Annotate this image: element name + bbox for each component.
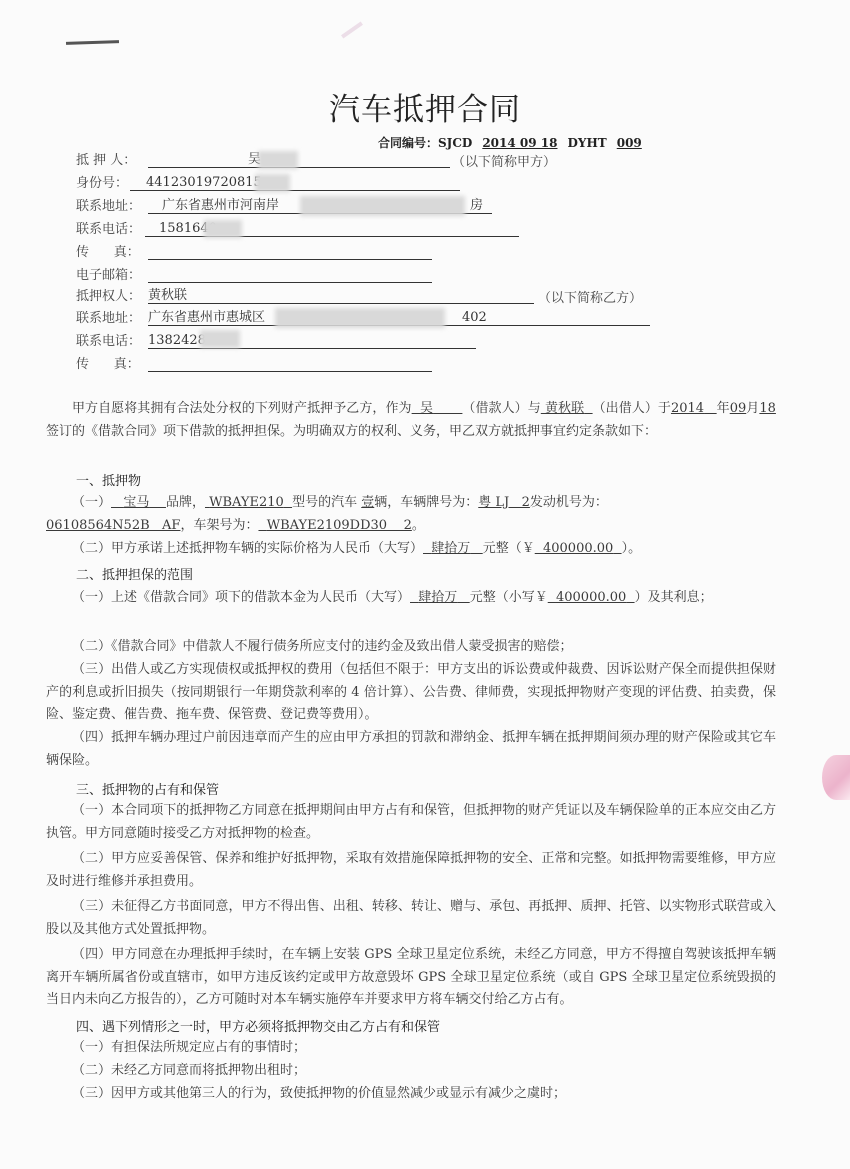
section-4-item-2: （二）未经乙方同意而将抵押物出租时；: [46, 1060, 776, 1083]
party-a-phone-field[interactable]: 1581640: [145, 222, 519, 237]
id-value: 44123019720815: [146, 175, 262, 190]
section-1-heading: 一、抵押物: [76, 470, 141, 489]
text: （二）甲方承诺上述抵押物车辆的实际价格为人民币（大写）: [72, 541, 423, 556]
contract-number-label: 合同编号：: [378, 136, 438, 150]
party-a-email-field[interactable]: [148, 268, 432, 283]
red-seal-stamp-edge: [822, 755, 850, 800]
section-3-item-4: （四）甲方同意在办理抵押手续时，在车辆上安装 GPS 全球卫星定位系统，未经乙方…: [46, 944, 776, 1012]
mortgagor-row: 抵 押 人：: [76, 151, 136, 171]
redaction: [200, 330, 240, 348]
text: 品牌，: [166, 495, 205, 510]
party-a-address-row: 联系地址：: [76, 197, 141, 217]
party-a-address-label: 联系地址：: [76, 197, 141, 217]
redaction: [255, 174, 290, 192]
text: ）。: [622, 541, 642, 556]
text: 元整（小写￥: [470, 590, 548, 605]
party-b-fax-row: 传 真：: [76, 355, 140, 375]
id-label: 身份号：: [76, 174, 128, 194]
text: （一）上述《借款合同》项下的借款本金为人民币（大写）: [72, 590, 410, 605]
party-b-address-value: 广东省惠州市惠城区: [148, 310, 265, 325]
vehicle-model: WBAYE210: [209, 495, 284, 510]
mortgagor-field[interactable]: 吴: [148, 153, 450, 168]
redaction: [275, 308, 445, 328]
sign-day: 18: [759, 401, 776, 416]
party-b-phone-label: 联系电话：: [76, 332, 141, 352]
party-b-address-row: 联系地址：: [76, 309, 141, 329]
mortgagee-field[interactable]: 黄秋联: [148, 289, 534, 304]
text: ）及其利息；: [635, 590, 713, 605]
contract-number-seq: 009: [607, 136, 652, 150]
value-amount: 400000.00: [543, 541, 613, 556]
text: 发动机号为：: [530, 495, 608, 510]
section-2-item-1: （一）上述《借款合同》项下的借款本金为人民币（大写） 肆拾万 元整（小写￥ 40…: [46, 586, 776, 610]
text: ，车架号为：: [180, 518, 258, 533]
sign-month: 09: [730, 401, 747, 416]
party-b-phone-field[interactable]: 1382428: [148, 334, 476, 349]
text: （出借人）于: [593, 401, 671, 416]
text: 月: [746, 401, 759, 416]
section-3-item-2: （二）甲方应妥善保管、保养和维护好抵押物，采取有效措施保障抵押物的安全、正常和完…: [46, 848, 776, 893]
party-a-address-value: 广东省惠州市河南岸: [162, 198, 279, 213]
party-b-phone-value: 1382428: [148, 333, 206, 348]
party-a-email-row: 电子邮箱：: [76, 266, 141, 286]
contract-number-prefix: SJCD: [438, 136, 472, 150]
section-3-item-1: （一）本合同项下的抵押物乙方同意在抵押期间由甲方占有和保管，但抵押物的财产凭证以…: [46, 800, 776, 845]
text: 。: [412, 518, 425, 533]
mortgagee-name: 黄秋联: [148, 288, 187, 303]
section-1-item-1: （一） 宝马 品牌， WBAYE210 型号的汽车 壹辆，车辆牌号为：粤 LJ …: [46, 492, 776, 537]
section-2-item-4: （四）抵押车辆办理过户前因违章而产生的应由甲方承担的罚款和滞纳金、抵押车辆在抵押…: [46, 727, 776, 772]
mortgagor-suffix: （以下简称甲方）: [452, 151, 556, 170]
party-b-fax-field[interactable]: [148, 357, 432, 372]
section-2-item-2: （二）《借款合同》中借款人不履行债务所应支付的违约金及致出借人蒙受损害的赔偿；: [46, 636, 776, 659]
section-4-heading: 四、遇下列情形之一时，甲方必须将抵押物交由乙方占有和保管: [76, 1016, 440, 1035]
text: 签订的《借款合同》项下借款的抵押担保。为明确双方的权利、义务，甲乙双方就抵押事宜…: [46, 424, 657, 439]
sign-year: 2014: [671, 401, 704, 416]
pen-scribble-mark: [341, 21, 363, 38]
party-a-address-tail: 房: [470, 199, 483, 213]
lender-name: 黄秋联: [545, 401, 584, 416]
preamble-paragraph: 甲方自愿将其拥有合法处分权的下列财产抵押予乙方，作为 吴 （借款人）与 黄秋联 …: [46, 398, 776, 443]
section-3-item-3: （三）未征得乙方书面同意，甲方不得出售、出租、转移、转让、赠与、承包、再抵押、质…: [46, 896, 776, 941]
principal-amount: 400000.00: [556, 590, 626, 605]
party-a-phone-label: 联系电话：: [76, 220, 141, 240]
text: 甲方自愿将其拥有合法处分权的下列财产抵押予乙方，作为: [72, 401, 412, 416]
engine-number: 06108564N52B AF: [46, 518, 180, 533]
mortgagee-row: 抵押权人：: [76, 287, 141, 307]
text: （一）: [72, 495, 111, 510]
id-row: 身份号：: [76, 174, 128, 194]
party-a-email-label: 电子邮箱：: [76, 266, 141, 286]
id-field[interactable]: 44123019720815: [130, 176, 460, 191]
principal-uppercase: 肆拾万: [418, 590, 457, 605]
mortgagor-label: 抵 押 人：: [76, 151, 136, 171]
party-b-phone-row: 联系电话：: [76, 332, 141, 352]
text: 元整（￥: [483, 541, 535, 556]
text: 型号的汽车: [292, 495, 357, 510]
value-uppercase: 肆拾万: [431, 541, 470, 556]
contract-number: 合同编号：SJCD2014 09 18DYHT009: [378, 134, 652, 151]
redaction: [204, 220, 242, 238]
party-b-fax-label: 传 真：: [76, 355, 140, 375]
party-a-phone-row: 联系电话：: [76, 220, 141, 240]
contract-number-type: DYHT: [567, 136, 606, 150]
document-title: 汽车抵押合同: [0, 84, 850, 129]
text: （借款人）与: [462, 401, 540, 416]
redaction: [300, 196, 465, 216]
redaction: [258, 151, 298, 169]
party-a-fax-row: 传 真：: [76, 243, 140, 263]
pen-dash-mark: [66, 40, 119, 45]
section-2-item-3: （三）出借人或乙方实现债权或抵押权的费用（包括但不限于：甲方支出的诉讼费或仲裁费…: [46, 659, 776, 727]
section-3-heading: 三、抵押物的占有和保管: [76, 779, 219, 798]
party-a-fax-label: 传 真：: [76, 243, 140, 263]
section-4-item-3: （三）因甲方或其他第三人的行为，致使抵押物的价值显然减少或显示有减少之虞时；: [46, 1083, 776, 1106]
borrower-name: 吴: [420, 401, 433, 416]
plate-number: 粤 LJ 2: [478, 495, 530, 510]
vehicle-count: 壹: [361, 495, 374, 510]
contract-number-date: 2014 09 18: [472, 136, 567, 150]
section-1-item-2: （二）甲方承诺上述抵押物车辆的实际价格为人民币（大写） 肆拾万 元整（￥ 400…: [46, 538, 776, 561]
party-b-address-label: 联系地址：: [76, 309, 141, 329]
vehicle-brand: 宝马: [123, 495, 149, 510]
mortgagee-suffix: （以下简称乙方）: [538, 287, 642, 306]
vin-number: WBAYE2109DD30 2: [267, 518, 412, 533]
section-2-heading: 二、抵押担保的范围: [76, 564, 193, 583]
text: 年: [717, 401, 730, 416]
mortgagee-label: 抵押权人：: [76, 287, 141, 307]
text: 辆，车辆牌号为：: [374, 495, 478, 510]
section-4-item-1: （一）有担保法所规定应占有的事情时；: [46, 1037, 776, 1060]
party-b-address-tail: 402: [462, 311, 487, 325]
party-a-fax-field[interactable]: [148, 245, 432, 260]
